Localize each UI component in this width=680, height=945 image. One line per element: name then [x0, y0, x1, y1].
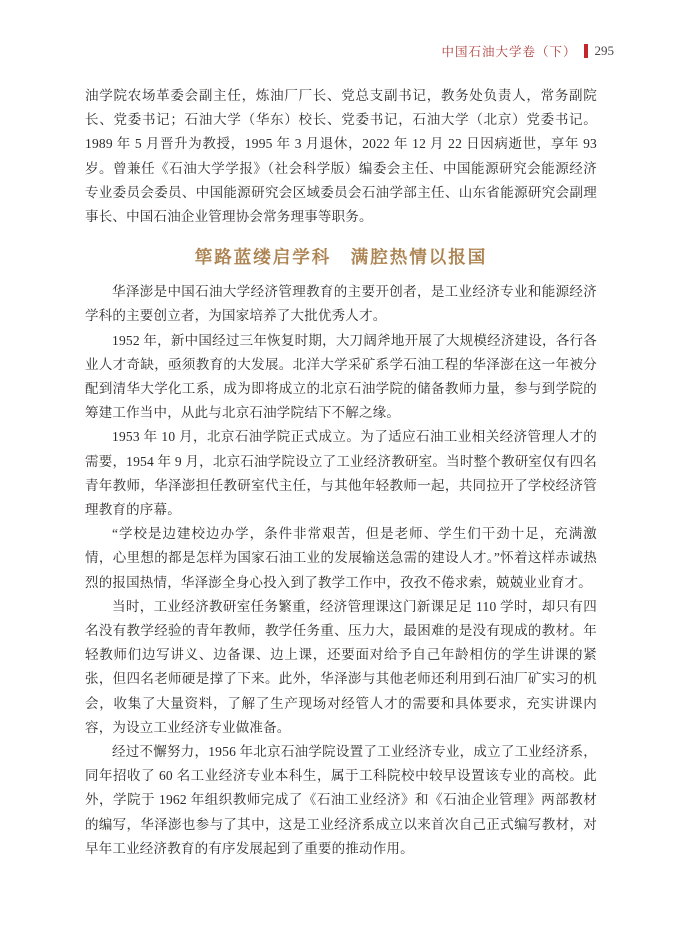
paragraph: 1952 年，新中国经过三年恢复时期，大刀阔斧地开展了大规模经济建设，各行各业人… [85, 329, 597, 426]
page-number: 295 [595, 43, 615, 59]
section-heading: 筚路蓝缕启学科 满腔热情以报国 [85, 244, 597, 269]
running-header: 中国石油大学卷（下） 295 [441, 42, 614, 60]
book-title: 中国石油大学卷（下） [441, 42, 576, 60]
paragraph: 华泽澎是中国石油大学经济管理教育的主要开创者，是工业经济专业和能源经济学科的主要… [85, 280, 597, 328]
header-divider-bar [584, 44, 588, 58]
paragraph: 经过不懈努力，1956 年北京石油学院设置了工业经济专业，成立了工业经济系，同年… [85, 740, 597, 861]
paragraph: “学校是边建校边办学，条件非常艰苦，但是老师、学生们干劲十足，充满激情，心里想的… [85, 522, 597, 595]
book-page: 中国石油大学卷（下） 295 油学院农场革委会副主任，炼油厂厂长、党总支副书记，… [0, 0, 680, 945]
paragraph: 1953 年 10 月，北京石油学院正式成立。为了适应石油工业相关经济管理人才的… [85, 425, 597, 522]
body-text: 油学院农场革委会副主任，炼油厂厂长、党总支副书记，教务处负责人，常务副院长、党委… [85, 84, 597, 861]
paragraph-continuation: 油学院农场革委会副主任，炼油厂厂长、党总支副书记，教务处负责人，常务副院长、党委… [85, 84, 597, 229]
paragraph: 当时，工业经济教研室任务繁重，经济管理课这门新课足足 110 学时，却只有四名没… [85, 595, 597, 740]
